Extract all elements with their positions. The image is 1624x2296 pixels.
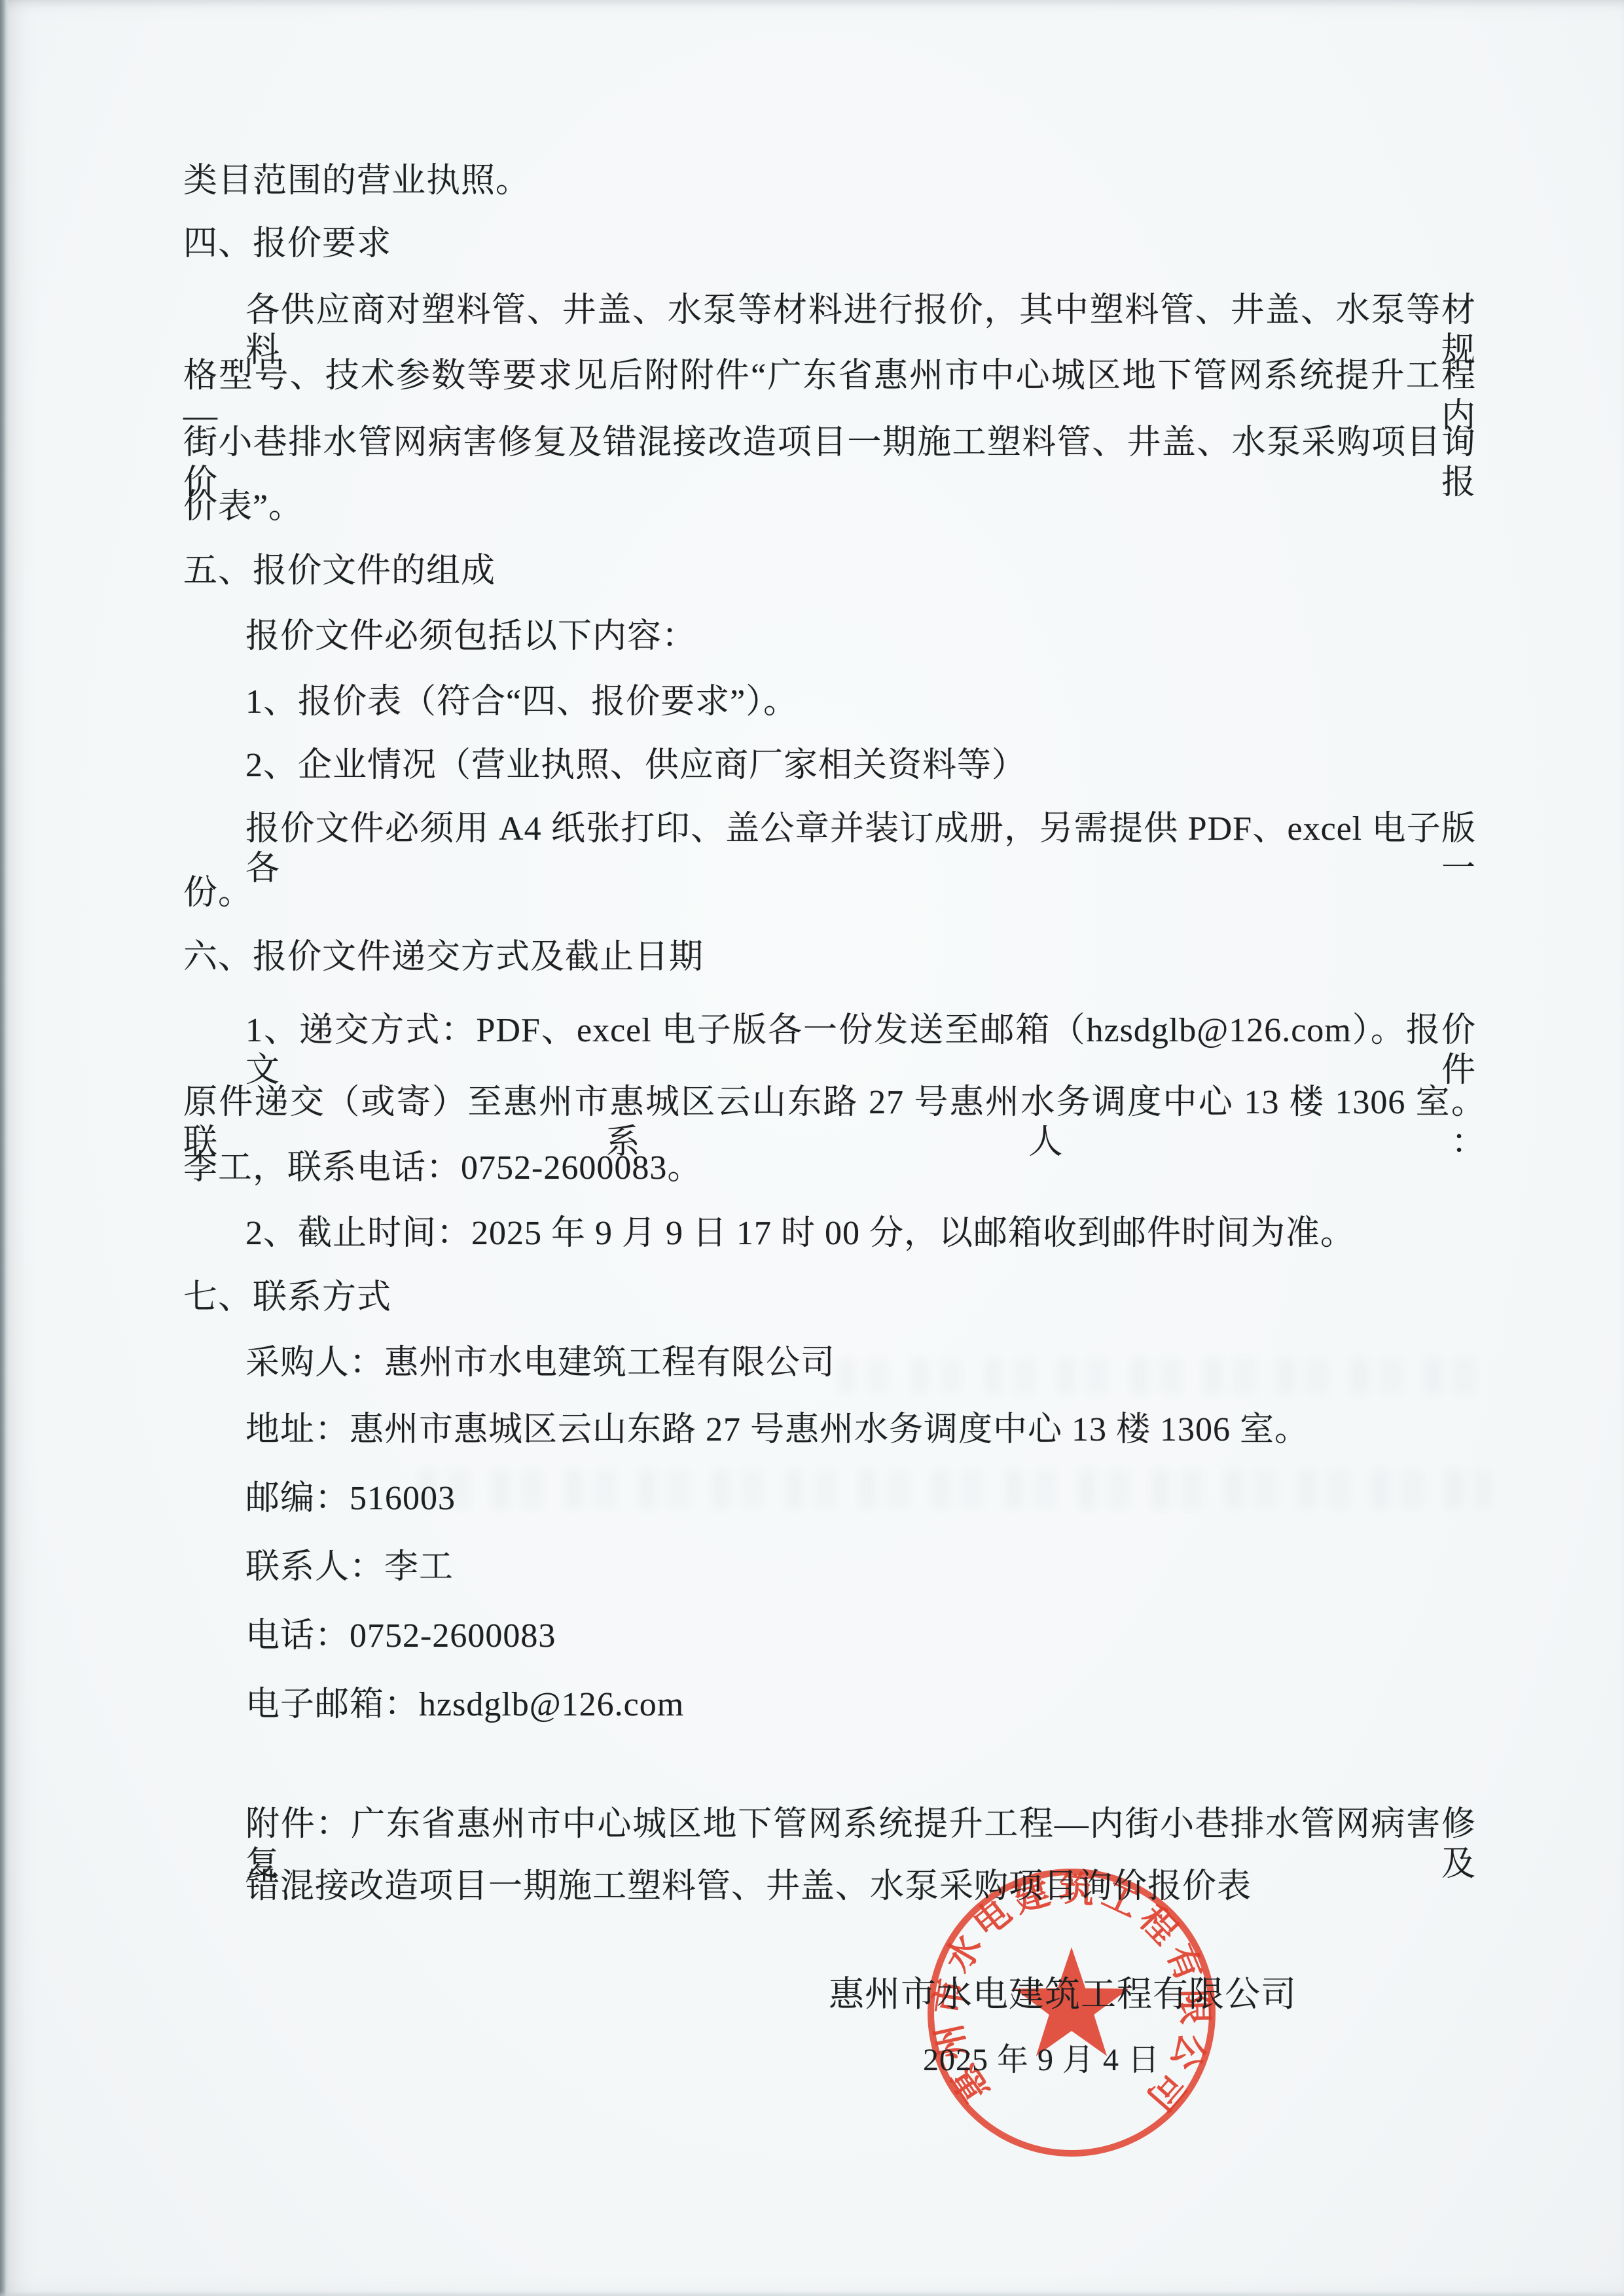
scanned-document-page: 惠州市水电建筑工程有限公司 类目范围的营业执照。 四、报价要求 各供应商对塑料管… <box>0 0 1624 2296</box>
attachment-line: 错混接改造项目一期施工塑料管、井盖、水泵采购项目询价报价表 <box>245 1867 1252 1907</box>
purchaser-line: 采购人：惠州市水电建筑工程有限公司 <box>245 1343 835 1383</box>
postcode-line: 邮编：516003 <box>245 1479 456 1518</box>
doc-line: 份。 <box>183 873 253 913</box>
signature-company: 惠州市水电建筑工程有限公司 <box>829 1974 1297 2016</box>
doc-line: 报价文件必须用 A4 纸张打印、盖公章并装订成册，另需提供 PDF、excel … <box>245 809 1476 889</box>
email-line: 电子邮箱：hzsdglb@126.com <box>245 1685 684 1725</box>
section-heading-6: 六、报价文件递交方式及截止日期 <box>183 937 704 977</box>
bleed-through-artifact <box>419 1469 1492 1509</box>
doc-line: 1、递交方式：PDF、excel 电子版各一份发送至邮箱（hzsdglb@126… <box>245 1011 1476 1091</box>
scan-bottom-edge-artifact <box>0 2291 1624 2296</box>
bleed-through-artifact <box>838 1358 1492 1394</box>
doc-line: 1、报价表（符合“四、报价要求”）。 <box>245 682 798 722</box>
doc-line: 报价文件必须包括以下内容： <box>245 617 696 656</box>
scan-left-edge-artifact <box>0 0 9 2296</box>
section-heading-5: 五、报价文件的组成 <box>183 551 496 591</box>
doc-line: 2、企业情况（营业执照、供应商厂家相关资料等） <box>245 745 1026 785</box>
doc-line: 李工，联系电话：0752-2600083。 <box>183 1148 702 1188</box>
doc-line: 2、截止时间：2025 年 9 月 9 日 17 时 00 分，以邮箱收到邮件时… <box>245 1213 1355 1253</box>
contact-person-line: 联系人：李工 <box>245 1547 454 1587</box>
section-heading-7: 七、联系方式 <box>183 1278 391 1318</box>
section-heading-4: 四、报价要求 <box>183 224 391 264</box>
doc-line: 街小巷排水管网病害修复及错混接改造项目一期施工塑料管、井盖、水泵采购项目询价报 <box>183 423 1476 503</box>
signature-date: 2025 年 9 月 4 日 <box>923 2042 1160 2079</box>
phone-line: 电话：0752-2600083 <box>245 1616 556 1656</box>
doc-line: 类目范围的营业执照。 <box>183 161 530 201</box>
doc-line: 价表”。 <box>183 487 303 527</box>
address-line: 地址：惠州市惠城区云山东路 27 号惠州水务调度中心 13 楼 1306 室。 <box>245 1410 1309 1450</box>
